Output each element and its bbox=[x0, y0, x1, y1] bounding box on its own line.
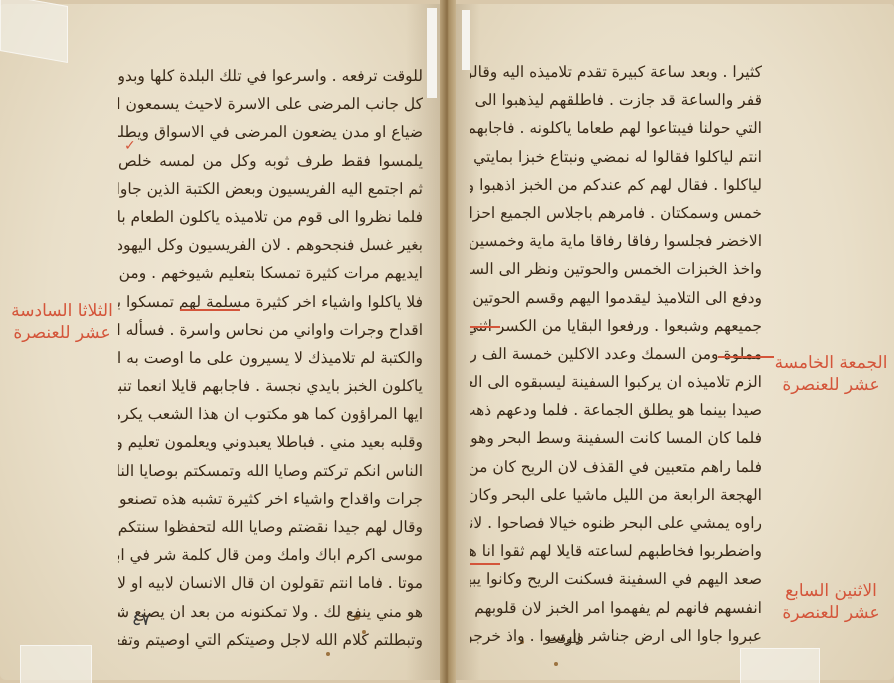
text-line: التي حولنا فيبتاعوا لهم طعاما ياكلونه . … bbox=[470, 114, 762, 142]
text-line: كل جانب المرضى على الاسرة لاحيث يسمعون ا… bbox=[118, 90, 423, 118]
text-line: ايها المراؤون كما هو مكتوب ان هذا الشعب … bbox=[118, 400, 423, 428]
manuscript-spread: للوقت ترفعه . واسرعوا في تلك البلدة كلها… bbox=[0, 0, 894, 683]
paper-tear bbox=[427, 8, 437, 98]
text-line: مملوة ومن السمك وعدد الاكلين خمسة الف رج… bbox=[470, 340, 762, 368]
text-line: الزم تلاميذه ان يركبوا السفينة ليسبقوه ا… bbox=[470, 368, 762, 396]
text-line: فلما كان المسا كانت السفينة وسط البحر وه… bbox=[470, 424, 762, 452]
liturgical-margin-note: الثلاثا السادسة عشر للعنصرة bbox=[6, 300, 118, 344]
margin-note-line: الاثنين السابع bbox=[772, 580, 890, 602]
rubric-mark: ✓ bbox=[124, 138, 136, 154]
text-line: انتم لياكلوا فقالوا له نمضي ونبتاع خبزا … bbox=[470, 143, 762, 171]
repair-tape bbox=[20, 645, 92, 683]
text-line: وقال لهم جيدا نقضتم وصايا الله لتحفظوا س… bbox=[118, 513, 423, 541]
text-line: ياكلون الخبز بايدي نجسة . فاجابهم قايلا … bbox=[118, 372, 423, 400]
margin-note-line: الثلاثا السادسة bbox=[6, 300, 118, 322]
left-page-text: للوقت ترفعه . واسرعوا في تلك البلدة كلها… bbox=[118, 62, 423, 654]
paper-tear bbox=[462, 10, 470, 70]
text-line: ايديهم مرات كثيرة تمسكا بتعليم شيوخهم . … bbox=[118, 259, 423, 287]
text-line: خمس وسمكتان . فامرهم باجلاس الجميع احزاب… bbox=[470, 199, 762, 227]
text-line: للوقت ترفعه . واسرعوا في تلك البلدة كلها… bbox=[118, 62, 423, 90]
text-line: ودفع الى التلاميذ ليقدموا اليهم وقسم الح… bbox=[470, 284, 762, 312]
text-line: واخذ الخبزات الخمس والحوتين ونظر الى الس… bbox=[470, 255, 762, 283]
liturgical-margin-note: الجمعة الخامسة عشر للعنصرة bbox=[772, 352, 890, 396]
text-line: صعد اليهم في السفينة فسكنت الريح وكانوا … bbox=[470, 565, 762, 593]
text-line: ضياع او مدن يضعون المرضى في الاسواق ويطل… bbox=[118, 118, 423, 146]
text-line: جرات واقداح واشياء اخر كثيرة تشبه هذه تص… bbox=[118, 485, 423, 513]
text-line: هو مني ينفع لك . ولا تمكنونه من بعد ان ي… bbox=[118, 598, 423, 626]
text-line: صيدا بينما هو يطلق الجماعة . فلما ودعهم … bbox=[470, 396, 762, 424]
margin-note-line: الجمعة الخامسة bbox=[772, 352, 890, 374]
binding-gutter bbox=[440, 0, 456, 683]
text-line: انفسهم فانهم لم يفهموا امر الخبز لان قلو… bbox=[470, 594, 762, 622]
repair-tape bbox=[740, 648, 820, 683]
text-line: واضطربوا فخاطبهم لساعته قايلا لهم ثقوا ا… bbox=[470, 537, 762, 565]
text-line: فلا ياكلوا واشياء اخر كثيرة مسلمة لهم تم… bbox=[118, 288, 423, 316]
text-line: الناس انكم تركتم وصايا الله وتمسكتم بوصا… bbox=[118, 457, 423, 485]
rubric-mark bbox=[718, 356, 774, 358]
rubric-mark bbox=[470, 326, 500, 328]
right-page-text: كثيرا . وبعد ساعة كبيرة تقدم تلاميذه الي… bbox=[470, 58, 762, 650]
folio-number: ٤٧ bbox=[132, 610, 150, 630]
text-line: راوه يمشي على البحر ظنوه خيالا فصاحوا . … bbox=[470, 509, 762, 537]
rubric-mark bbox=[470, 563, 500, 565]
text-line: جميعهم وشبعوا . ورفعوا البقايا من الكسر … bbox=[470, 312, 762, 340]
text-line: كثيرا . وبعد ساعة كبيرة تقدم تلاميذه الي… bbox=[470, 58, 762, 86]
text-line: لياكلوا . فقال لهم كم عندكم من الخبز اذه… bbox=[470, 171, 762, 199]
margin-note-line: عشر للعنصرة bbox=[6, 322, 118, 344]
text-line: وقلبه بعيد مني . فباطلا يعبدوني ويعلمون … bbox=[118, 428, 423, 456]
text-line: قفر والساعة قد جازت . فاطلقهم ليذهبوا ال… bbox=[470, 86, 762, 114]
text-line: موسى اكرم اباك وامك ومن قال كلمة شر في ا… bbox=[118, 541, 423, 569]
text-line: عبروا جاوا الى ارض جناشر وارسوا . واذ خر… bbox=[470, 622, 762, 650]
text-line: يلمسوا فقط طرف ثوبه وكل من لمسه خلص bbox=[118, 147, 423, 175]
text-line: ثم اجتمع اليه الفريسيون وبعض الكتبة الذي… bbox=[118, 175, 423, 203]
text-line: فلما راهم متعبين في القذف لان الريح كان … bbox=[470, 453, 762, 481]
text-line: بغير غسل فنجحوهم . لان الفريسيون وكل الي… bbox=[118, 231, 423, 259]
catchword: للوقت bbox=[547, 632, 581, 647]
text-line: موتا . فاما انتم تقولون ان قال الانسان ل… bbox=[118, 569, 423, 597]
text-line: الاخضر فجلسوا رفاقا رفاقا ماية ماية وخمس… bbox=[470, 227, 762, 255]
text-line: الهجعة الرابعة من الليل ماشيا على البحر … bbox=[470, 481, 762, 509]
margin-note-line: عشر للعنصرة bbox=[772, 374, 890, 396]
rubric-mark bbox=[180, 309, 240, 311]
text-line: وتبطلتم كلام الله لاجل وصيتكم التي اوصيت… bbox=[118, 626, 423, 654]
text-line: والكتبة لم تلاميذك لا يسيرون على ما اوصت… bbox=[118, 344, 423, 372]
ink-stain bbox=[554, 662, 558, 666]
text-line: اقداح وجرات واواني من نحاس واسرة . فسأله… bbox=[118, 316, 423, 344]
margin-note-line: عشر للعنصرة bbox=[772, 602, 890, 624]
text-line: فلما نظروا الى قوم من تلاميذه ياكلون الط… bbox=[118, 203, 423, 231]
liturgical-margin-note: الاثنين السابع عشر للعنصرة bbox=[772, 580, 890, 624]
